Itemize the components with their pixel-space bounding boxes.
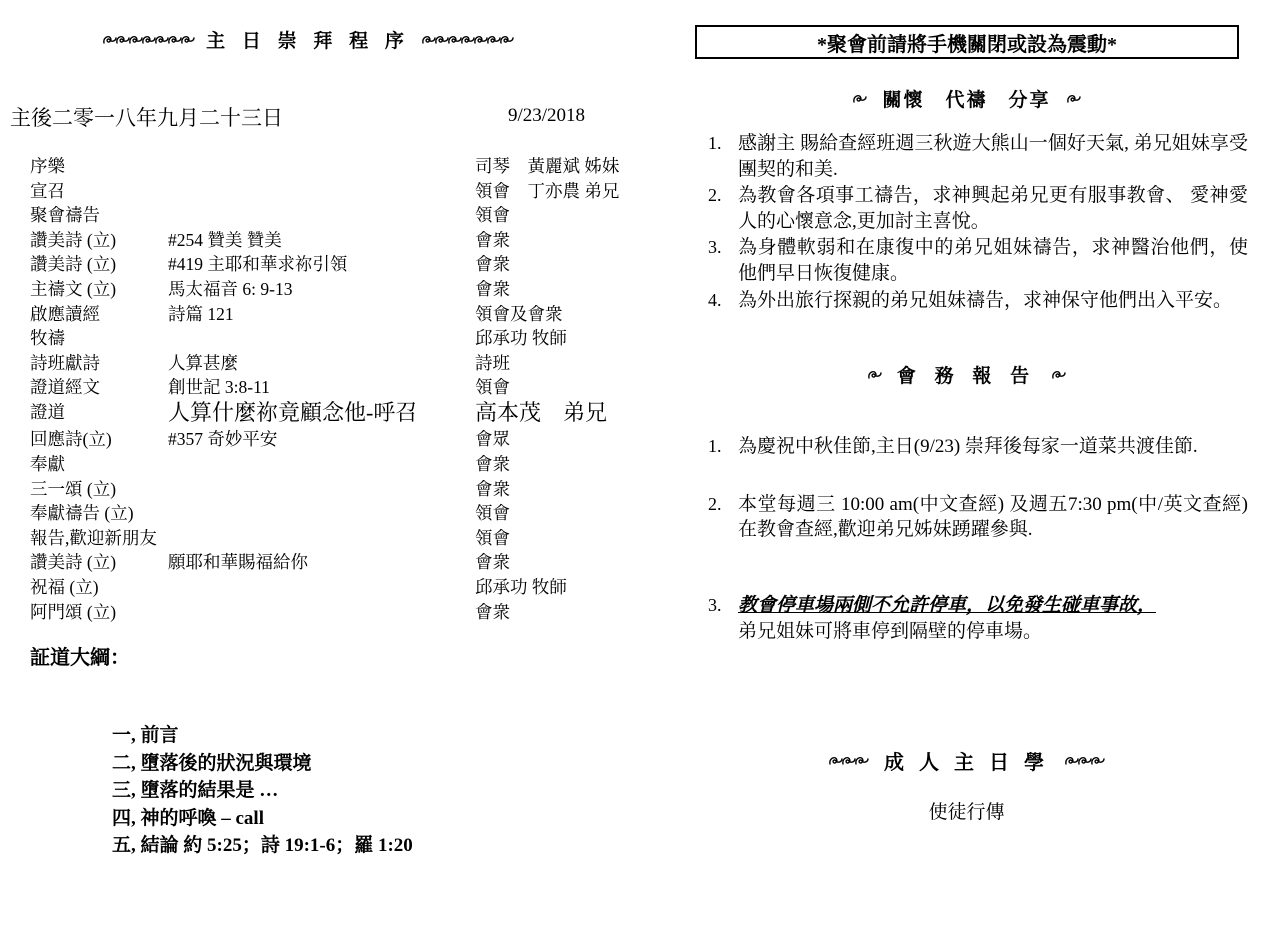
outline-line: 五, 結論 約 5:25；詩 19:1-6；羅 1:20: [112, 832, 413, 860]
ornament-icon: [422, 35, 436, 45]
list-item: 3. 為身體軟弱和在康復中的弟兄姐妹禱告，求神醫治他們，使他們早日恢復健康。: [708, 235, 1248, 286]
service-item-detail: #419 主耶和華求祢引領: [168, 251, 347, 276]
ornament-icon: [1052, 370, 1066, 380]
ornament-icon: [1091, 756, 1105, 766]
item-text: 本堂每週三 10:00 am(中文查經) 及週五7:30 pm(中/英文查經)在…: [738, 492, 1248, 543]
service-row: 牧禱 邱承功 牧師: [30, 325, 670, 350]
service-item-leader: 會衆: [475, 251, 510, 276]
ornament-icon: [129, 35, 143, 45]
date-chinese: 主後二零一八年九月二十三日: [10, 102, 283, 132]
service-item-leader: 詩班: [475, 350, 510, 375]
service-item-leader: 領會及會衆: [475, 301, 563, 326]
service-item-label: 聚會禱告: [30, 202, 100, 227]
list-item: 4. 為外出旅行探親的弟兄姐妹禱告，求神保守他們出入平安。: [708, 288, 1248, 314]
announcements-title: 會 務 報 告: [897, 361, 1036, 388]
ornament-icon: [853, 94, 866, 104]
service-row: 讚美詩 (立) 願耶和華賜福給你 會衆: [30, 549, 670, 574]
ornament-icon: [448, 35, 462, 45]
service-row: 祝福 (立) 邱承功 牧師: [30, 574, 670, 599]
service-item-label: 讚美詩 (立): [30, 251, 116, 276]
outline-line: 一, 前言: [112, 722, 413, 750]
item-number: 1.: [708, 434, 738, 460]
item-text: 為教會各項事工禱告，求神興起弟兄更有服事教會、 愛神愛人的心懷意念,更加討主喜悅…: [738, 183, 1248, 234]
ornament-icon: [829, 756, 843, 766]
service-item-leader: 會衆: [475, 549, 510, 574]
service-row: 聚會禱告 領會: [30, 202, 670, 227]
care-section-heading: 關懷 代禱 分享: [694, 85, 1239, 112]
care-list: 1. 感謝主 賜給查經班週三秋遊大熊山一個好天氣, 弟兄姐妹享受團契的和美. 2…: [708, 131, 1248, 314]
service-row: 讚美詩 (立) #254 贊美 贊美 會衆: [30, 227, 670, 252]
service-item-leader: 會眾: [475, 426, 510, 451]
outline-line: 四, 神的呼喚 – call: [112, 805, 413, 833]
service-item-detail: 馬太福音 6: 9-13: [168, 276, 292, 301]
ornament-icon: [855, 756, 869, 766]
service-item-label: 讚美詩 (立): [30, 227, 116, 252]
service-row: 奉獻禱告 (立) 領會: [30, 500, 670, 525]
ornament-icon: [868, 370, 881, 380]
service-item-label: 三一頌 (立): [30, 476, 116, 501]
item-number: 3.: [708, 235, 738, 286]
service-item-detail: 人算什麼祢竟顧念他-呼召: [168, 396, 417, 427]
outline-line: 二, 墮落後的狀況與環境: [112, 750, 413, 778]
service-item-label: 證道: [30, 399, 65, 424]
list-item: 2. 本堂每週三 10:00 am(中文查經) 及週五7:30 pm(中/英文查…: [708, 492, 1248, 543]
service-order-list: 序樂 司琴 黃麗斌 姊妹 宣召 領會 丁亦農 弟兄 聚會禱告 領會 讚美詩 (立…: [30, 153, 670, 623]
item-text: 為身體軟弱和在康復中的弟兄姐妹禱告，求神醫治他們，使他們早日恢復健康。: [738, 235, 1248, 286]
announcements-list: 1. 為慶祝中秋佳節,主日(9/23) 崇拜後每家一道菜共渡佳節. 2. 本堂每…: [708, 434, 1248, 593]
ornament-chain: [829, 756, 868, 766]
item-number: 1.: [708, 131, 738, 182]
service-item-detail: #357 奇妙平安: [168, 426, 277, 451]
ornament-icon: [1067, 94, 1080, 104]
item-text: 為外出旅行探親的弟兄姐妹禱告，求神保守他們出入平安。: [738, 288, 1248, 314]
service-item-label: 宣召: [30, 178, 65, 203]
ornament-icon: [474, 35, 488, 45]
ornament-icon: [103, 35, 117, 45]
ornament-icon: [1052, 370, 1065, 380]
service-row: 證道 人算什麼祢竟顧念他-呼召 高本茂 弟兄: [30, 399, 670, 427]
ornament-icon: [461, 35, 475, 45]
service-item-leader: 高本茂 弟兄: [475, 396, 607, 427]
item-text: 為慶祝中秋佳節,主日(9/23) 崇拜後每家一道菜共渡佳節.: [738, 434, 1248, 460]
service-item-label: 證道經文: [30, 374, 100, 399]
service-item-label: 報告,歡迎新朋友: [30, 525, 157, 550]
parking-warning-line: 教會停車場兩側不允許停車，以免發生碰車事故，: [738, 595, 1156, 616]
service-item-label: 奉獻: [30, 451, 65, 476]
service-row: 阿門頌 (立) 會衆: [30, 599, 670, 624]
sunday-school-title: 成 人 主 日 學: [884, 746, 1049, 775]
service-item-detail: 人算甚麼: [168, 350, 238, 375]
service-row: 三一頌 (立) 會衆: [30, 476, 670, 501]
service-row: 啟應讀經 詩篇 121 領會及會衆: [30, 301, 670, 326]
service-item-detail: #254 贊美 贊美: [168, 227, 282, 252]
ornament-icon: [142, 35, 156, 45]
ornament-icon: [1067, 94, 1081, 104]
parking-text: 教會停車場兩側不允許停車，以免發生碰車事故， 弟兄姐妹可將車停到隔壁的停車場。: [738, 593, 1248, 644]
date-numeric: 9/23/2018: [508, 105, 585, 127]
service-item-leader: 會衆: [475, 451, 510, 476]
parking-notice: 3. 教會停車場兩側不允許停車，以免發生碰車事故， 弟兄姐妹可將車停到隔壁的停車…: [708, 593, 1248, 676]
ornament-icon: [500, 35, 514, 45]
list-item: 2. 為教會各項事工禱告，求神興起弟兄更有服事教會、 愛神愛人的心懷意念,更加討…: [708, 183, 1248, 234]
ornament-icon: [181, 35, 195, 45]
ornament-icon: [1078, 756, 1092, 766]
outline-line: 三, 墮落的結果是 …: [112, 777, 413, 805]
service-item-leader: 領會 丁亦農 弟兄: [475, 178, 619, 203]
ornament-chain: [422, 35, 513, 45]
service-item-label: 啟應讀經: [30, 301, 100, 326]
ornament-chain: [1065, 756, 1104, 766]
bulletin-page: 主 日 崇 拜 程 序 主後二零一八年九月二十三日 9/23/2018 序樂 司…: [0, 0, 1282, 929]
service-item-detail: 詩篇 121: [168, 301, 234, 326]
service-item-label: 牧禱: [30, 325, 65, 350]
service-item-leader: 會衆: [475, 476, 510, 501]
service-item-label: 序樂: [30, 153, 65, 178]
list-item: 3. 教會停車場兩側不允許停車，以免發生碰車事故， 弟兄姐妹可將車停到隔壁的停車…: [708, 593, 1248, 644]
service-item-leader: 邱承功 牧師: [475, 574, 567, 599]
service-row: 詩班獻詩 人算甚麼 詩班: [30, 350, 670, 375]
masthead: 主 日 崇 拜 程 序: [88, 26, 528, 53]
sermon-outline-heading: 証道大綱：: [30, 641, 130, 670]
page-title: 主 日 崇 拜 程 序: [206, 26, 410, 53]
ornament-icon: [168, 35, 182, 45]
sunday-school-subtitle: 使徒行傳: [694, 797, 1239, 824]
service-item-leader: 會衆: [475, 599, 510, 624]
service-item-label: 奉獻禱告 (立): [30, 500, 134, 525]
ornament-icon: [842, 756, 856, 766]
service-item-label: 詩班獻詩: [30, 350, 100, 375]
item-number: 4.: [708, 288, 738, 314]
phone-notice-text: *聚會前請將手機關閉或設為震動*: [817, 28, 1117, 57]
ornament-icon: [487, 35, 501, 45]
service-item-leader: 會衆: [475, 227, 510, 252]
ornament-icon: [853, 94, 867, 104]
phone-notice-box: *聚會前請將手機關閉或設為震動*: [695, 25, 1239, 59]
service-item-leader: 領會: [475, 202, 510, 227]
service-item-label: 主禱文 (立): [30, 276, 116, 301]
list-item: 1. 感謝主 賜給查經班週三秋遊大熊山一個好天氣, 弟兄姐妹享受團契的和美.: [708, 131, 1248, 182]
ornament-icon: [155, 35, 169, 45]
service-item-leader: 領會: [475, 525, 510, 550]
service-item-label: 回應詩(立): [30, 426, 112, 451]
service-item-label: 祝福 (立): [30, 574, 99, 599]
service-row: 序樂 司琴 黃麗斌 姊妹: [30, 153, 670, 178]
item-number: 2.: [708, 183, 738, 234]
item-number: 2.: [708, 492, 738, 543]
sunday-school-heading: 成 人 主 日 學: [694, 746, 1239, 775]
service-row: 奉獻 會衆: [30, 451, 670, 476]
parking-info-line: 弟兄姐妹可將車停到隔壁的停車場。: [738, 619, 1248, 645]
care-section-title: 關懷 代禱 分享: [882, 85, 1050, 112]
service-item-detail: 願耶和華賜福給你: [168, 549, 308, 574]
service-row: 讚美詩 (立) #419 主耶和華求祢引領 會衆: [30, 251, 670, 276]
date-row: 主後二零一八年九月二十三日 9/23/2018: [10, 102, 630, 130]
service-row: 主禱文 (立) 馬太福音 6: 9-13 會衆: [30, 276, 670, 301]
service-item-label: 讚美詩 (立): [30, 549, 116, 574]
service-item-leader: 會衆: [475, 276, 510, 301]
list-item: 1. 為慶祝中秋佳節,主日(9/23) 崇拜後每家一道菜共渡佳節.: [708, 434, 1248, 460]
service-row: 報告,歡迎新朋友 領會: [30, 525, 670, 550]
item-text: 感謝主 賜給查經班週三秋遊大熊山一個好天氣, 弟兄姐妹享受團契的和美.: [738, 131, 1248, 182]
ornament-icon: [1065, 756, 1079, 766]
service-row: 宣召 領會 丁亦農 弟兄: [30, 178, 670, 203]
service-row: 回應詩(立) #357 奇妙平安 會眾: [30, 426, 670, 451]
service-item-leader: 領會: [475, 500, 510, 525]
service-item-label: 阿門頌 (立): [30, 599, 116, 624]
ornament-chain: [103, 35, 194, 45]
ornament-icon: [435, 35, 449, 45]
ornament-icon: [116, 35, 130, 45]
service-item-leader: 邱承功 牧師: [475, 325, 567, 350]
service-item-leader: 司琴 黃麗斌 姊妹: [475, 153, 619, 178]
sermon-outline-list: 一, 前言 二, 墮落後的狀況與環境 三, 墮落的結果是 … 四, 神的呼喚 –…: [112, 722, 413, 860]
item-number: 3.: [708, 593, 738, 644]
ornament-icon: [868, 370, 882, 380]
announcements-heading: 會 務 報 告: [694, 361, 1239, 388]
